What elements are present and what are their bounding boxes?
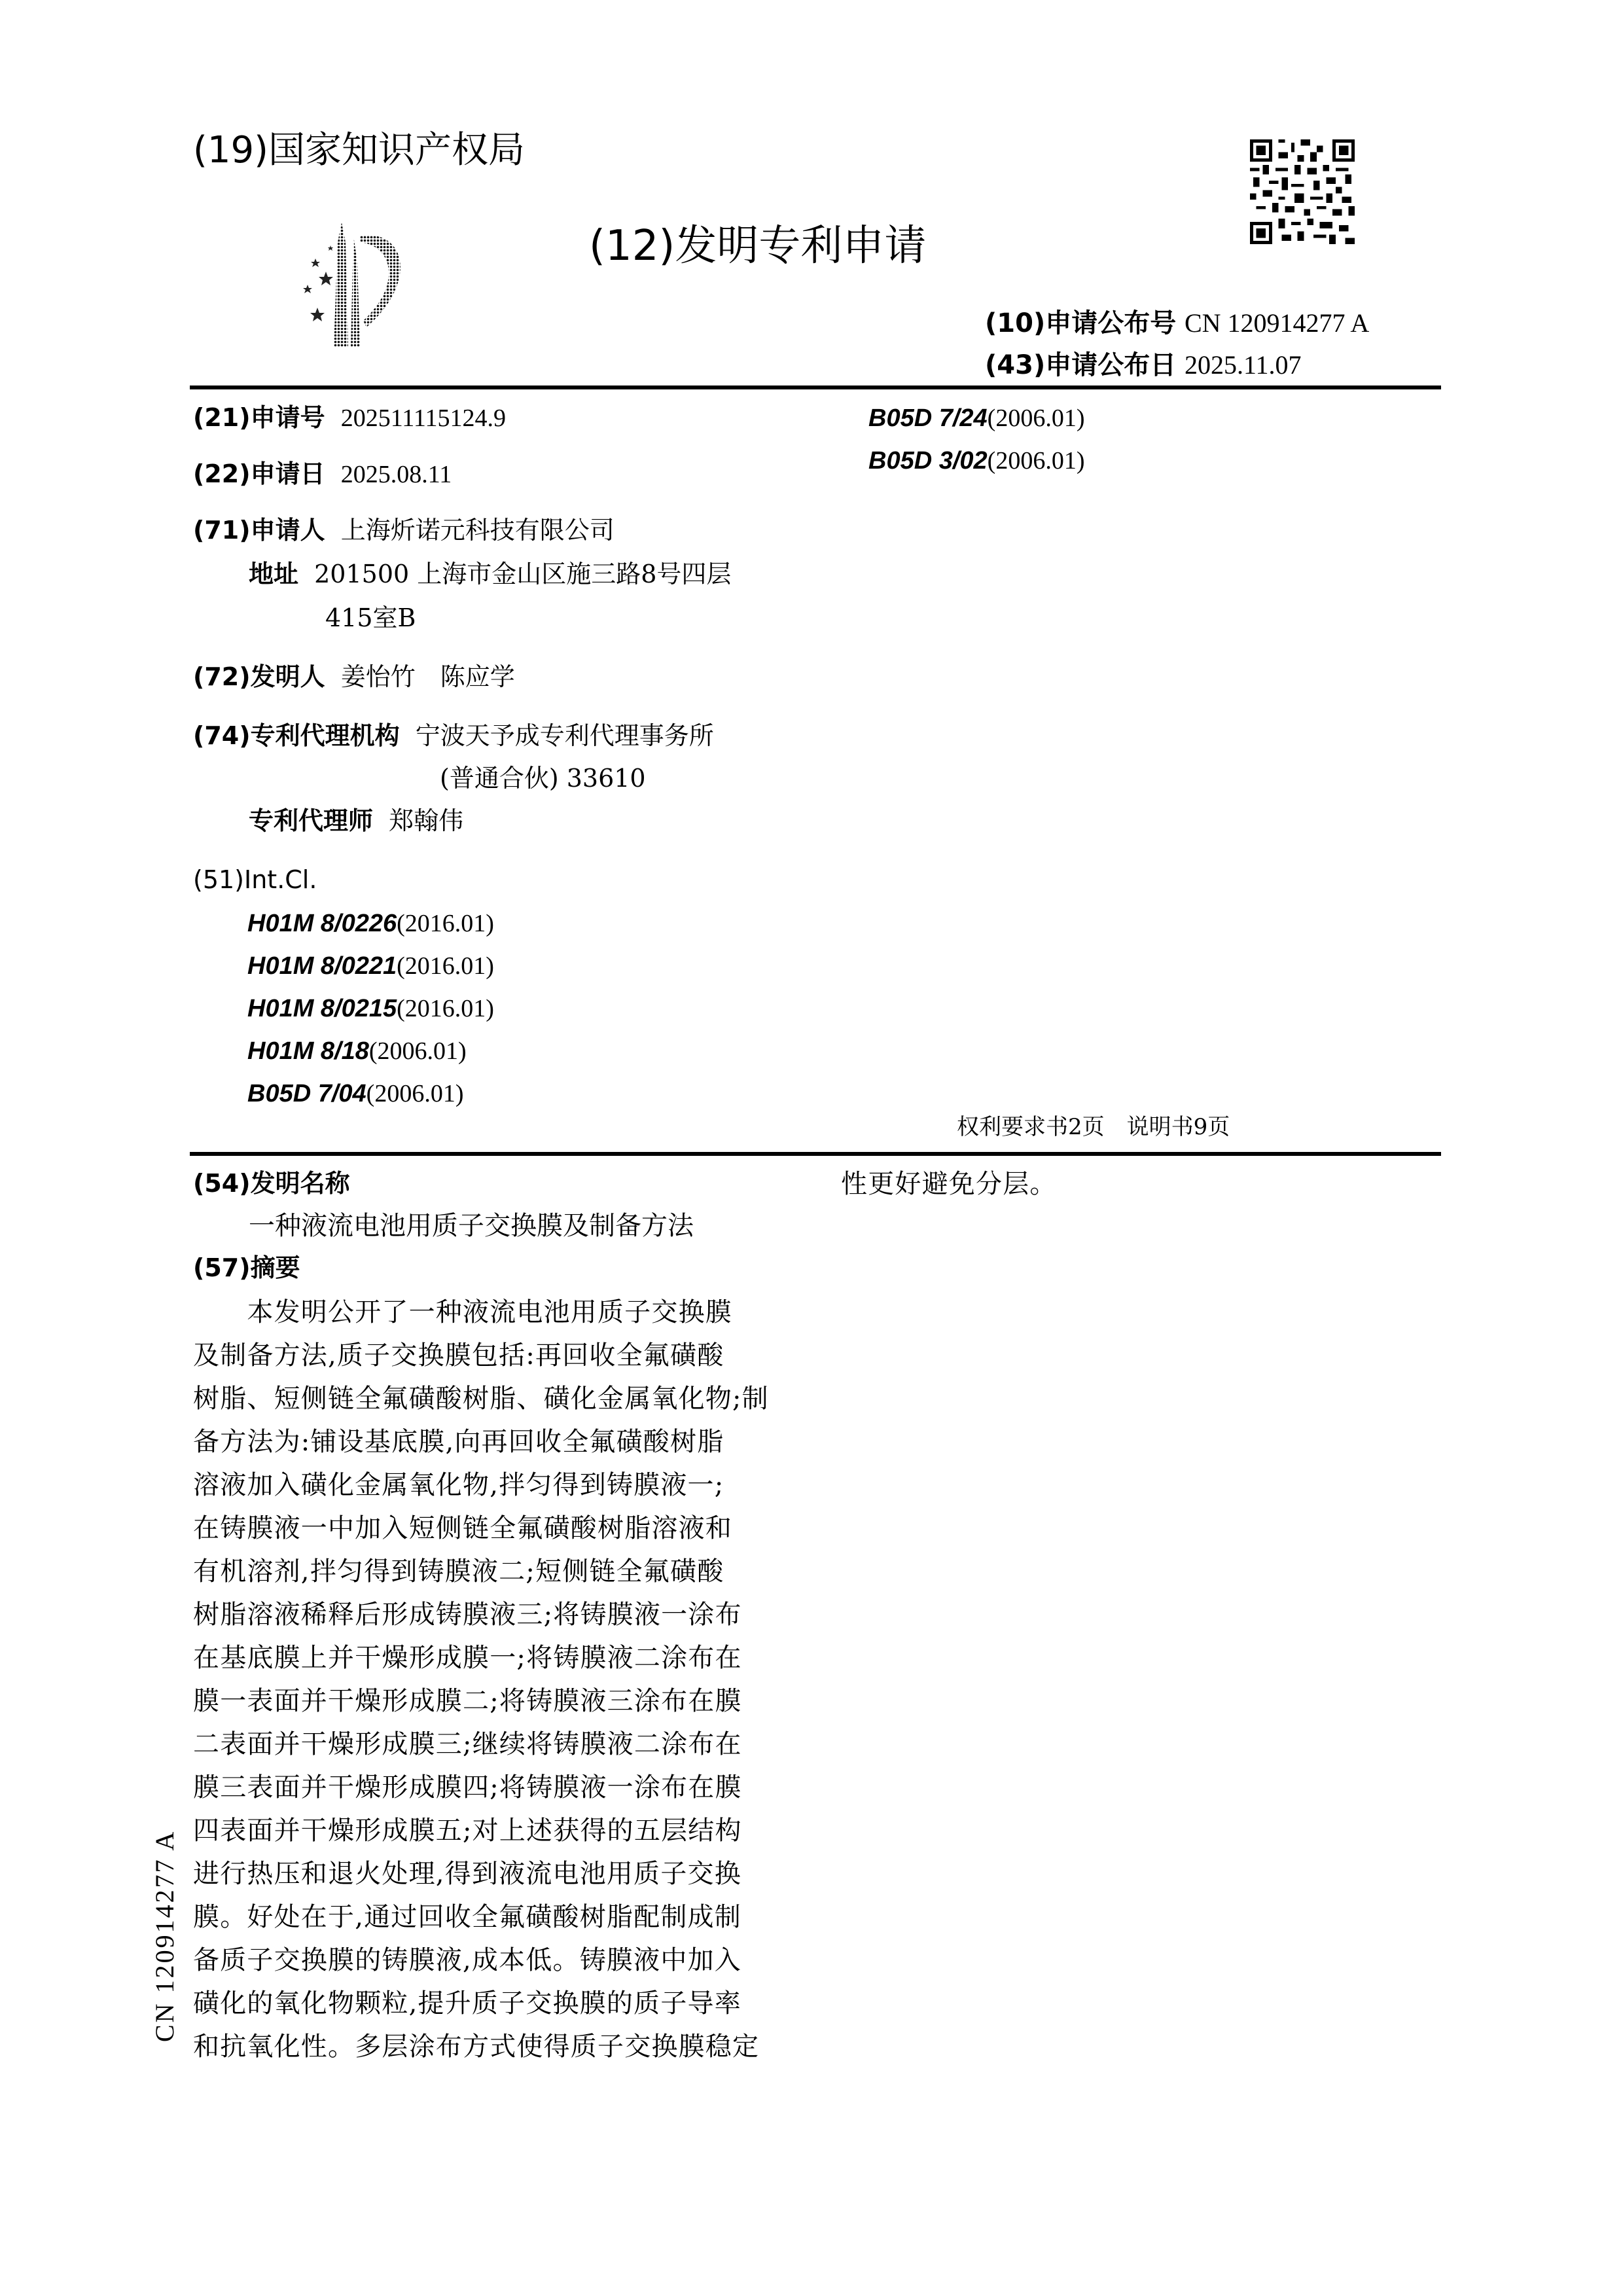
ipc-code: H01M 8/0226 bbox=[247, 910, 397, 937]
ipc-code: H01M 8/18 bbox=[247, 1037, 369, 1065]
abstract-line: 进行热压和退火处理,得到液流电池用质子交换 bbox=[193, 1859, 789, 1889]
address-row: 地址 201500 上海市金山区施三路8号四层 bbox=[249, 560, 731, 588]
abstract-line: 二表面并干燥形成膜三;继续将铸膜液二涂布在 bbox=[193, 1729, 789, 1759]
document-type: (12)发明专利申请 bbox=[589, 221, 926, 271]
ipc-label: (51)Int.Cl. bbox=[193, 865, 317, 894]
side-publication-number: CN 120914277 A bbox=[149, 1830, 180, 2042]
agency-name-line-2: (普通合伙) 33610 bbox=[440, 764, 646, 793]
ipc-version: (2006.01) bbox=[988, 447, 1085, 475]
invention-title-label: (54)发明名称 bbox=[193, 1169, 350, 1198]
abstract-line: 溶液加入磺化金属氧化物,拌匀得到铸膜液一; bbox=[193, 1470, 789, 1500]
agent-name: 郑翰伟 bbox=[389, 806, 463, 835]
qr-code-icon bbox=[1250, 139, 1355, 245]
abstract-line: 磺化的氧化物颗粒,提升质子交换膜的质子导率 bbox=[193, 1988, 789, 2018]
abstract-line: 树脂溶液稀释后形成铸膜液三;将铸膜液一涂布 bbox=[193, 1600, 789, 1630]
application-date-label: (22)申请日 bbox=[193, 459, 325, 488]
agency-label: (74)专利代理机构 bbox=[193, 721, 400, 750]
abstract-line: 备方法为:铺设基底膜,向再回收全氟磺酸树脂 bbox=[193, 1427, 789, 1457]
address-line-2: 415室B bbox=[325, 603, 416, 632]
ipc-version: (2006.01) bbox=[366, 1080, 464, 1107]
invention-title: 一种液流电池用质子交换膜及制备方法 bbox=[249, 1211, 694, 1241]
abstract-line: 膜三表面并干燥形成膜四;将铸膜液一涂布在膜 bbox=[193, 1772, 789, 1803]
abstract-divider bbox=[190, 1152, 1441, 1156]
abstract-line: 在基底膜上并干燥形成膜一;将铸膜液二涂布在 bbox=[193, 1643, 789, 1673]
ipc-version: (2016.01) bbox=[397, 952, 494, 980]
inventor-label: (72)发明人 bbox=[193, 662, 325, 691]
address-label: 地址 bbox=[249, 560, 298, 588]
ipc-code: H01M 8/0215 bbox=[247, 995, 397, 1022]
ipc-entry: B05D 3/02(2006.01) bbox=[868, 446, 1084, 475]
abstract-line: 在铸膜液一中加入短侧链全氟磺酸树脂溶液和 bbox=[193, 1513, 789, 1543]
abstract-line: 及制备方法,质子交换膜包括:再回收全氟磺酸 bbox=[193, 1340, 789, 1371]
abstract-line: 四表面并干燥形成膜五;对上述获得的五层结构 bbox=[193, 1816, 789, 1846]
application-number: 202511115124.9 bbox=[341, 404, 506, 432]
abstract-line: 树脂、短侧链全氟磺酸树脂、磺化金属氧化物;制 bbox=[193, 1384, 789, 1414]
application-number-row: (21)申请号 202511115124.9 bbox=[193, 403, 506, 433]
publication-date-row: (43)申请公布日 2025.11.07 bbox=[985, 351, 1301, 380]
agent-label: 专利代理师 bbox=[249, 806, 373, 835]
ipc-version: (2006.01) bbox=[988, 404, 1085, 432]
ipc-entry: H01M 8/0221(2016.01) bbox=[247, 951, 494, 980]
ipc-code: B05D 7/24 bbox=[868, 404, 988, 432]
abstract-line: 本发明公开了一种液流电池用质子交换膜 bbox=[193, 1297, 789, 1327]
abstract-label: (57)摘要 bbox=[193, 1253, 300, 1282]
abstract-continuation: 性更好避免分层。 bbox=[841, 1169, 1057, 1199]
agency-name: 宁波天予成专利代理事务所 bbox=[416, 721, 714, 750]
ipc-entry: H01M 8/0226(2016.01) bbox=[247, 908, 494, 938]
abstract-line: 膜。好处在于,通过回收全氟磺酸树脂配制成制 bbox=[193, 1902, 789, 1932]
application-date-row: (22)申请日 2025.08.11 bbox=[193, 459, 452, 489]
ipc-code: B05D 3/02 bbox=[868, 447, 988, 475]
publication-number-label: (10)申请公布号 bbox=[985, 308, 1176, 338]
ipc-entry: H01M 8/18(2006.01) bbox=[247, 1036, 467, 1066]
inventor-names: 姜怡竹 陈应学 bbox=[341, 662, 515, 691]
ipc-entry: B05D 7/24(2006.01) bbox=[868, 403, 1084, 433]
application-number-label: (21)申请号 bbox=[193, 403, 325, 432]
ipc-entry: H01M 8/0215(2016.01) bbox=[247, 994, 494, 1023]
ipc-version: (2016.01) bbox=[397, 995, 494, 1022]
publication-number-row: (10)申请公布号 CN 120914277 A bbox=[985, 309, 1369, 338]
publication-date: 2025.11.07 bbox=[1185, 350, 1302, 380]
publication-date-label: (43)申请公布日 bbox=[985, 350, 1176, 380]
inventor-row: (72)发明人 姜怡竹 陈应学 bbox=[193, 662, 515, 691]
agent-row: 专利代理师 郑翰伟 bbox=[249, 806, 463, 835]
agency-row: (74)专利代理机构 宁波天予成专利代理事务所 bbox=[193, 721, 714, 750]
applicant-label: (71)申请人 bbox=[193, 516, 325, 545]
ipc-version: (2006.01) bbox=[369, 1037, 467, 1065]
office-name: (19)国家知识产权局 bbox=[193, 130, 525, 171]
application-date: 2025.08.11 bbox=[341, 461, 452, 488]
ipc-code: B05D 7/04 bbox=[247, 1080, 366, 1107]
ipc-entry: B05D 7/04(2006.01) bbox=[247, 1079, 463, 1108]
abstract-line: 有机溶剂,拌匀得到铸膜液二;短侧链全氟磺酸 bbox=[193, 1556, 789, 1587]
ipc-version: (2016.01) bbox=[397, 910, 494, 937]
applicant-row: (71)申请人 上海炘诺元科技有限公司 bbox=[193, 516, 615, 545]
abstract-line: 和抗氧化性。多层涂布方式使得质子交换膜稳定 bbox=[193, 2032, 789, 2062]
header-divider bbox=[190, 386, 1441, 389]
abstract-line: 膜一表面并干燥形成膜二;将铸膜液三涂布在膜 bbox=[193, 1686, 789, 1716]
page-count: 权利要求书2页 说明书9页 bbox=[957, 1114, 1230, 1140]
publication-number: CN 120914277 A bbox=[1185, 308, 1369, 338]
abstract-line: 备质子交换膜的铸膜液,成本低。铸膜液中加入 bbox=[193, 1945, 789, 1975]
address-line-1: 201500 上海市金山区施三路8号四层 bbox=[314, 560, 731, 588]
applicant-name: 上海炘诺元科技有限公司 bbox=[341, 516, 615, 545]
ipc-code: H01M 8/0221 bbox=[247, 952, 397, 980]
cnipa-logo-icon bbox=[268, 223, 425, 347]
